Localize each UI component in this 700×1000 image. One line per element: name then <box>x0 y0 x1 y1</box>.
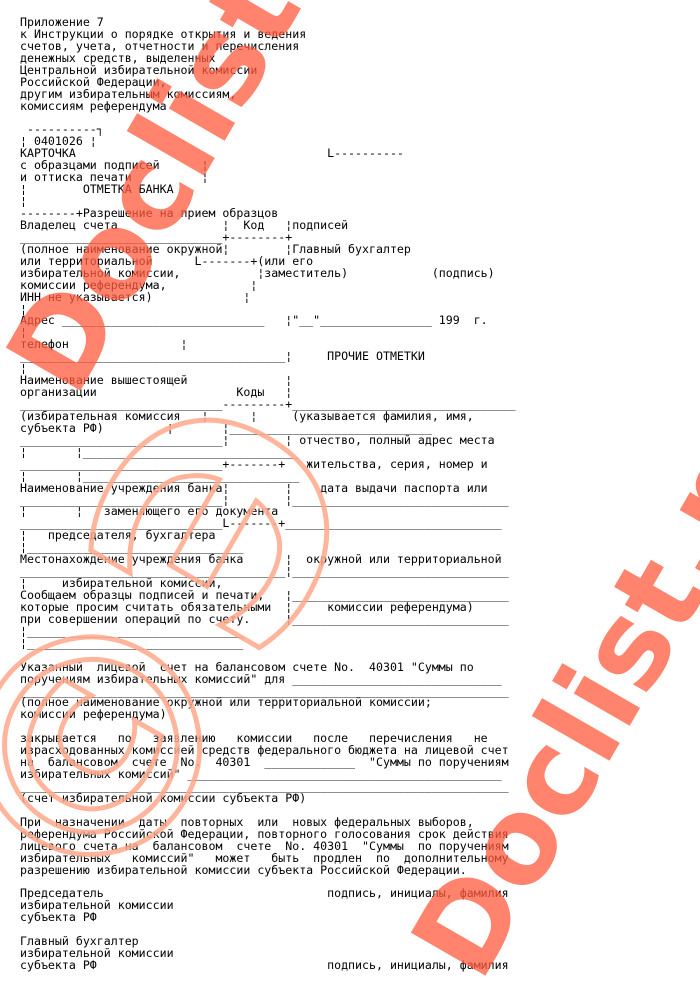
document-page: Приложение 7к Инструкции о порядке откры… <box>20 17 516 972</box>
document-line: субъекта РФ подпись, инициалы, фамилия <box>20 960 516 972</box>
document-line: комиссии референдума) <box>20 709 516 721</box>
document-line: ИНН не указывается) ¦ <box>20 292 516 304</box>
document-line: ¦ ОТМЕТКА БАНКА <box>20 184 516 196</box>
document-line: субъекта РФ <box>20 912 516 924</box>
document-line: Адрес _____________________________ ¦"__… <box>20 315 516 327</box>
document-line: разрешению избирательной комиссии субъек… <box>20 865 516 877</box>
document-line: ¦_______________________________ <box>20 638 516 650</box>
document-line: (счет избирательной комиссии субъекта РФ… <box>20 793 516 805</box>
document-line: комиссиям референдума <box>20 101 516 113</box>
document-line: ______________________________________¦ … <box>20 351 516 363</box>
